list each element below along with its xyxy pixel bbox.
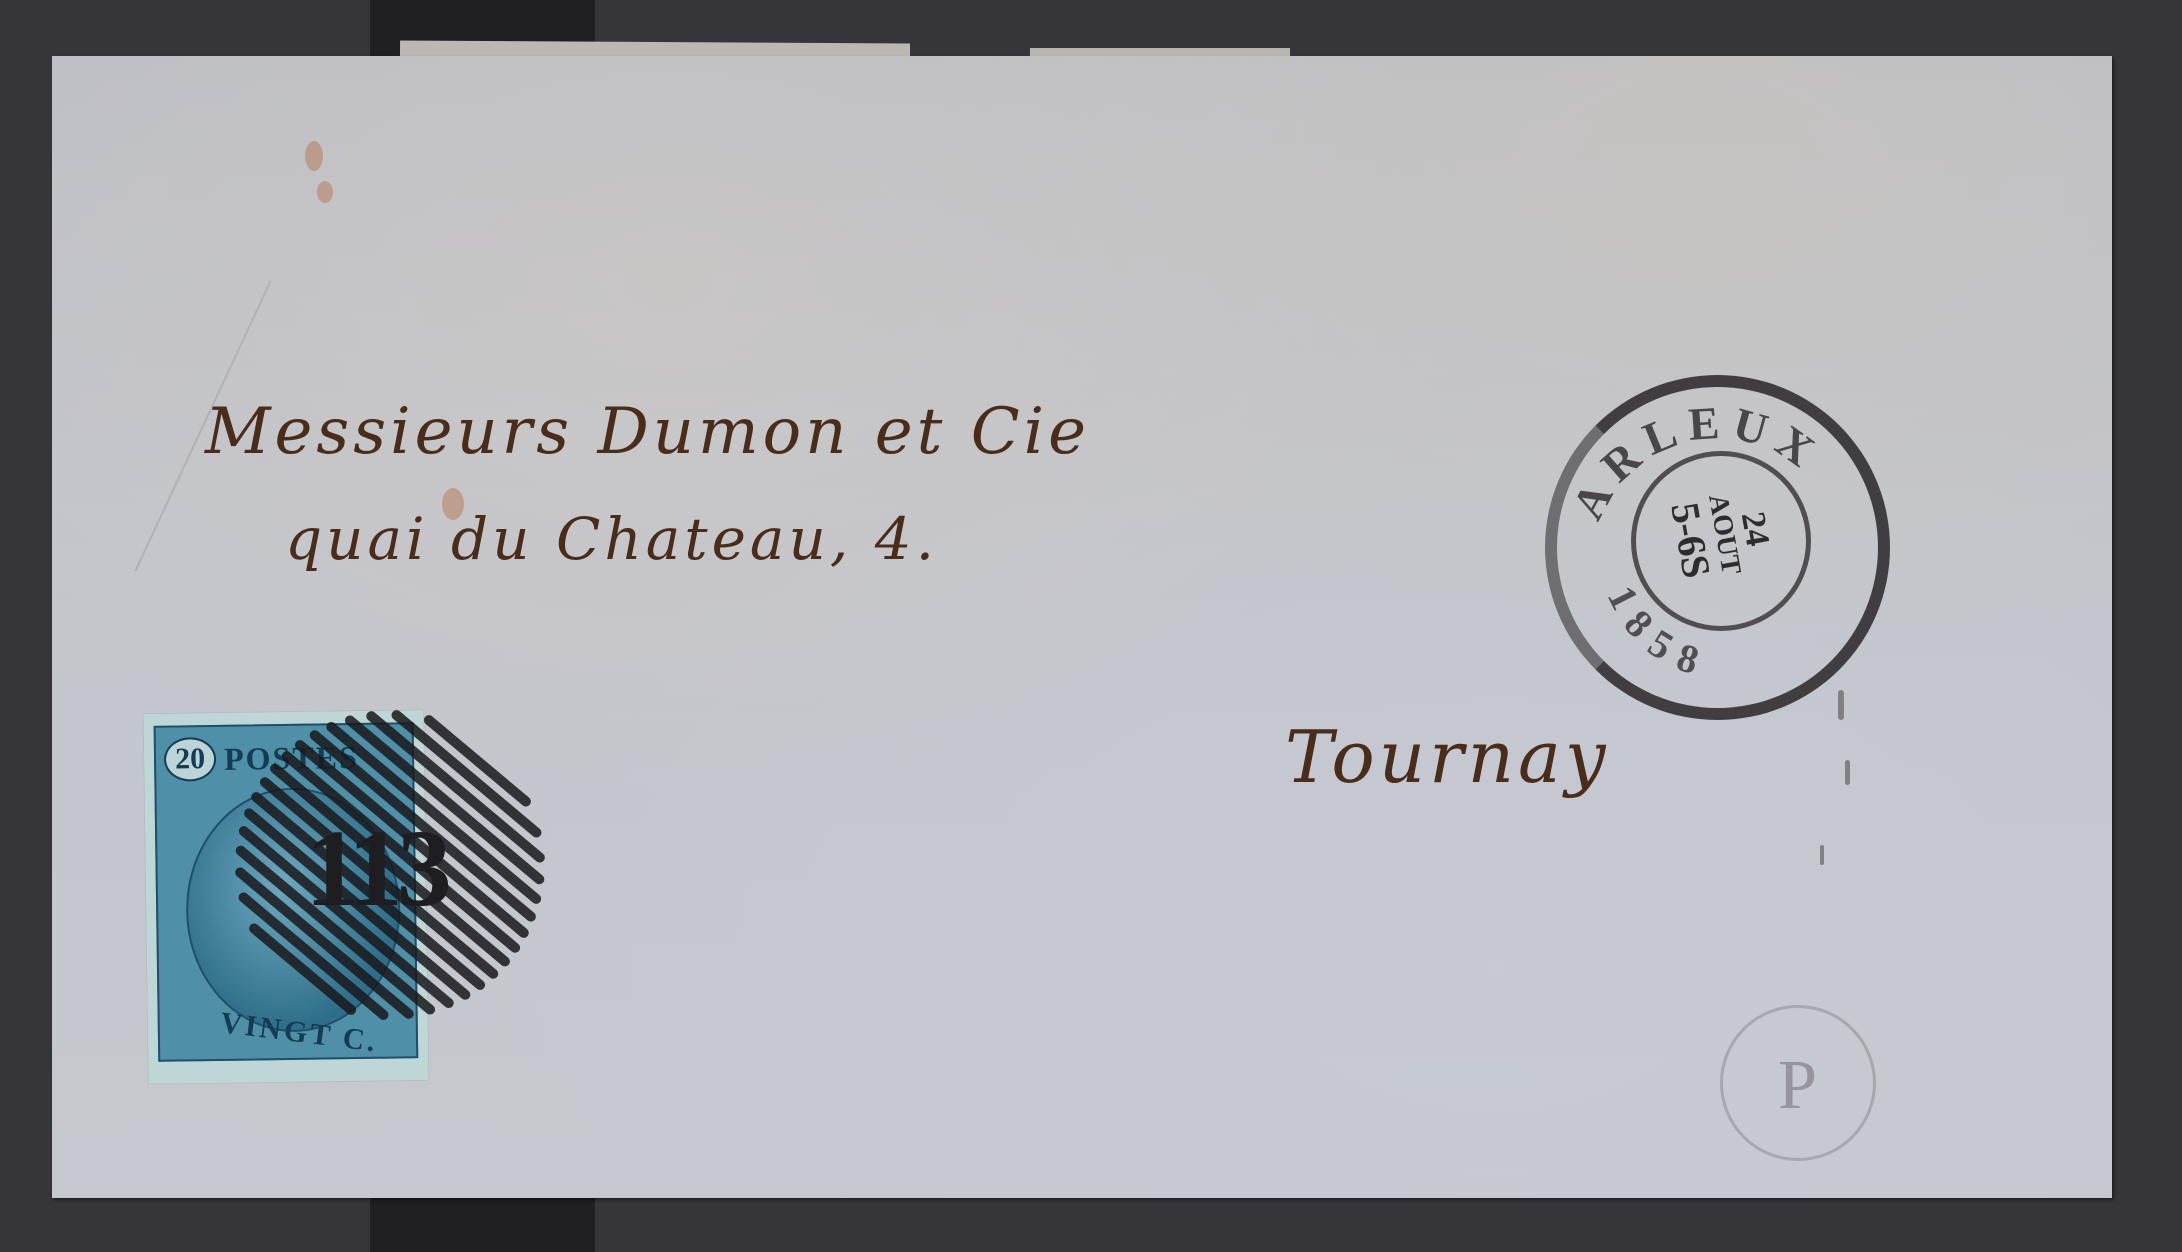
circular-date-postmark: ARLEUX 1858 24 AOUT 5-6S bbox=[1545, 375, 1890, 720]
stamp-value: 20 bbox=[164, 737, 217, 782]
foxing-stain bbox=[317, 181, 333, 203]
ink-smudge bbox=[1820, 845, 1824, 865]
postmark-time: 5-6S bbox=[1664, 500, 1717, 581]
address-street: quai du Chateau, 4. bbox=[285, 505, 938, 573]
address-recipient: Messieurs Dumon et Cie bbox=[205, 395, 1090, 469]
bar-cancellation: 113 bbox=[225, 705, 555, 1025]
cancel-number: 113 bbox=[305, 805, 446, 932]
ink-smudge bbox=[1838, 690, 1844, 720]
ink-smudge bbox=[1845, 760, 1850, 785]
faint-mark-letter: P bbox=[1778, 1046, 1817, 1126]
address-city: Tournay bbox=[1285, 715, 1610, 799]
foxing-stain bbox=[305, 141, 323, 171]
postmark-date-block: 24 AOUT 5-6S bbox=[1647, 470, 1794, 601]
faint-receiving-mark: P bbox=[1720, 1005, 1876, 1161]
